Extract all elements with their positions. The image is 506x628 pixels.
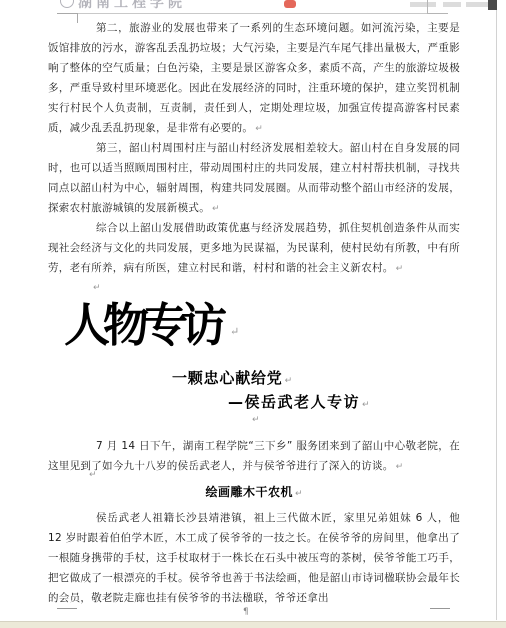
paragraph-mark-icon: ↵ [362, 400, 370, 410]
paragraph-mark-icon: ↵ [230, 325, 239, 338]
section-heading-text: 绘画雕木干农机 [205, 485, 293, 499]
paragraph-mark-icon: ↵ [396, 264, 404, 274]
header-text-remnant [443, 2, 461, 7]
paragraph-text: 第三，韶山村周围村庄与韶山村经济发展相差较大。韶山村在自身发展的同时，也可以适当… [48, 142, 460, 214]
paragraph-mark-icon: ↵ [285, 376, 293, 386]
text-boundary-tick-right [427, 0, 428, 13]
paragraph-interview-intro: 7 月 14 日下午，湖南工程学院“三下乡” 服务团来到了韶山中心敬老院，在这里… [48, 436, 460, 477]
paragraph-mark-icon: ↵ [295, 489, 303, 499]
page-bottom-mark-icon: ¶ [243, 607, 249, 617]
text-boundary-top-left [57, 13, 78, 14]
paragraph-village-dev: 第三，韶山村周围村庄与韶山村经济发展相差较大。韶山村在自身发展的同时，也可以适当… [48, 138, 460, 219]
college-logo-icon [60, 0, 74, 8]
feature-subtitle-2: —侯岳武老人专访↵ [228, 393, 370, 414]
paragraph-text: 第二，旅游业的发展也带来了一系列的生态环境问题。如河流污染，主要是饭馆排放的污水… [48, 22, 460, 134]
feature-title: 人物专访↵ [64, 298, 239, 359]
subtitle-text: 一颗忠心献给党 [172, 369, 283, 387]
text-boundary-bottom-left [57, 608, 77, 609]
scrollbar-thumb[interactable] [488, 0, 497, 10]
red-seal-icon [284, 0, 296, 8]
text-boundary-bottom-right [430, 608, 450, 609]
paragraph-summary: 综合以上韶山发展借助政策优惠与经济发展趋势，抓住契机创造条件从而实现社会经济与文… [48, 218, 460, 279]
subtitle-text: —侯岳武老人专访 [228, 393, 360, 411]
text-boundary-top-right [427, 13, 448, 14]
feature-title-text: 人物专访 [64, 298, 220, 352]
window-bottom-strip [0, 621, 506, 628]
header-text-remnant [410, 2, 436, 7]
paragraph-mark-icon: ↵ [255, 124, 263, 134]
page-right-border [496, 10, 497, 620]
empty-line-mark-icon: ↵ [93, 283, 101, 293]
paragraph-env-issues: 第二，旅游业的发展也带来了一系列的生态环境问题。如河流污染，主要是饭馆排放的污水… [48, 18, 460, 139]
paragraph-text: 侯岳武老人祖籍长沙县靖港镇，祖上三代做木匠，家里兄弟姐妹 6 人，他 12 岁时… [48, 512, 460, 604]
feature-subtitle-1: 一颗忠心献给党↵ [172, 369, 292, 390]
section-heading: 绘画雕木干农机↵ [48, 484, 460, 502]
paragraph-elder-story: 侯岳武老人祖籍长沙县靖港镇，祖上三代做木匠，家里兄弟姐妹 6 人，他 12 岁时… [48, 508, 460, 608]
paragraph-mark-icon: ↵ [396, 462, 404, 472]
college-logo-text: 湖南工程学院 [78, 0, 186, 11]
empty-line-mark-icon: ↵ [89, 470, 97, 480]
empty-line-mark-icon: ↵ [252, 415, 260, 425]
text-boundary-top [78, 13, 427, 14]
header-remnant: 湖南工程学院 [0, 0, 506, 11]
document-page: 湖南工程学院 第二，旅游业的发展也带来了一系列的生态环境问题。如河流污染，主要是… [0, 0, 506, 628]
paragraph-mark-icon: ↵ [212, 204, 220, 214]
